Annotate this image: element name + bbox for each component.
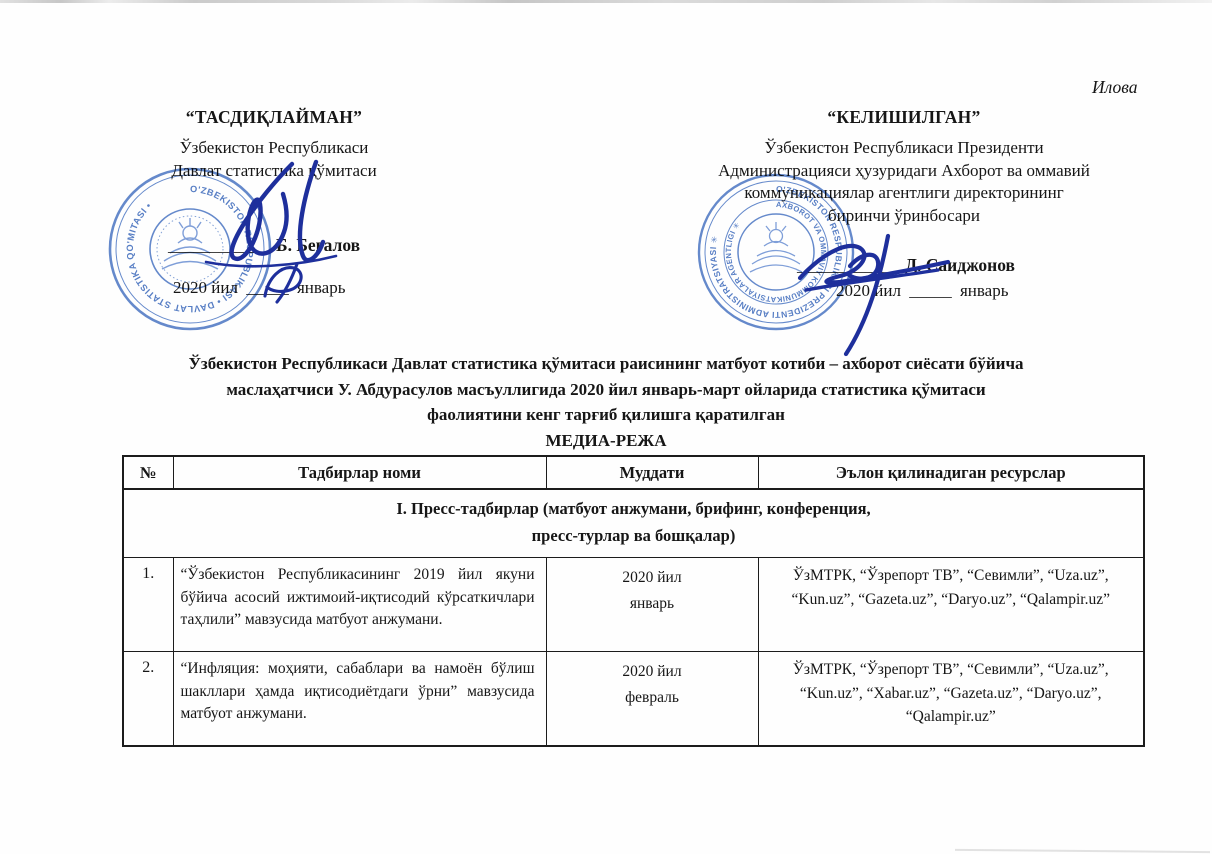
row-number: 2.	[123, 652, 173, 746]
date-suffix-left: январь	[297, 278, 346, 297]
approval-title-left: “ТАСДИҚЛАЙМАН”	[128, 107, 420, 128]
row-number: 1.	[123, 558, 173, 652]
event-resources: ЎзМТРК, “Ўзрепорт ТВ”, “Севимли”, “Uza.u…	[758, 558, 1144, 652]
seal-emblem-right	[750, 222, 802, 272]
date-prefix-left: 2020 йил	[173, 278, 238, 297]
table-row: 2. “Инфляция: моҳияти, сабаблари ва намо…	[123, 652, 1144, 746]
document-title: Ўзбекистон Республикаси Давлат статистик…	[70, 351, 1142, 453]
header-deadline: Муддати	[546, 456, 758, 489]
date-prefix-right: 2020 йил	[836, 281, 901, 300]
table-row: 1. “Ўзбекистон Республикасининг 2019 йил…	[123, 558, 1144, 652]
signature-row-right: ____________Д. Саиджонов	[797, 255, 1015, 276]
approval-org-left: Ўзбекистон Республикаси Давлат статистик…	[128, 137, 420, 182]
approval-block-right: “КЕЛИШИЛГАН” Ўзбекистон Республикаси Пре…	[697, 107, 1111, 227]
header-number: №	[123, 456, 173, 489]
annex-label: Илова	[1092, 77, 1137, 98]
header-event-name: Тадбирлар номи	[173, 456, 546, 489]
signature-line-left: ____________	[168, 236, 270, 255]
section-title: I. Пресс-тадбирлар (матбуот анжумани, бр…	[123, 489, 1144, 558]
table-header-row: № Тадбирлар номи Муддати Эълон қилинадиг…	[123, 456, 1144, 489]
approval-title-right: “КЕЛИШИЛГАН”	[697, 107, 1111, 128]
signature-row-left: ____________Б. Бегалов	[168, 235, 360, 256]
section-row: I. Пресс-тадбирлар (матбуот анжумани, бр…	[123, 489, 1144, 558]
scanned-document-page: Илова “ТАСДИҚЛАЙМАН” Ўзбекистон Республи…	[0, 0, 1212, 854]
event-date: 2020 йил январь	[546, 558, 758, 652]
scan-artifact-bottom-edge	[955, 849, 1210, 853]
date-blank-left: _____	[246, 278, 289, 297]
date-suffix-right: январь	[960, 281, 1009, 300]
signature-line-right: ____________	[797, 256, 899, 275]
event-name: “Ўзбекистон Республикасининг 2019 йил як…	[173, 558, 546, 652]
signer-name-left: Б. Бегалов	[276, 235, 360, 255]
date-blank-right: _____	[909, 281, 952, 300]
approval-org-right: Ўзбекистон Республикаси Президенти Админ…	[697, 137, 1111, 227]
date-row-left: 2020 йил _____ январь	[173, 278, 345, 298]
event-name: “Инфляция: моҳияти, сабаблари ва намоён …	[173, 652, 546, 746]
signer-name-right: Д. Саиджонов	[905, 255, 1015, 275]
date-row-right: 2020 йил _____ январь	[836, 281, 1008, 301]
event-date: 2020 йил февраль	[546, 652, 758, 746]
approval-block-left: “ТАСДИҚЛАЙМАН” Ўзбекистон Республикаси Д…	[128, 107, 420, 182]
event-resources: ЎзМТРК, “Ўзрепорт ТВ”, “Севимли”, “Uza.u…	[758, 652, 1144, 746]
media-plan-table: № Тадбирлар номи Муддати Эълон қилинадиг…	[122, 455, 1145, 747]
header-resources: Эълон қилинадиган ресурслар	[758, 456, 1144, 489]
scan-artifact-top-edge	[0, 0, 1212, 3]
